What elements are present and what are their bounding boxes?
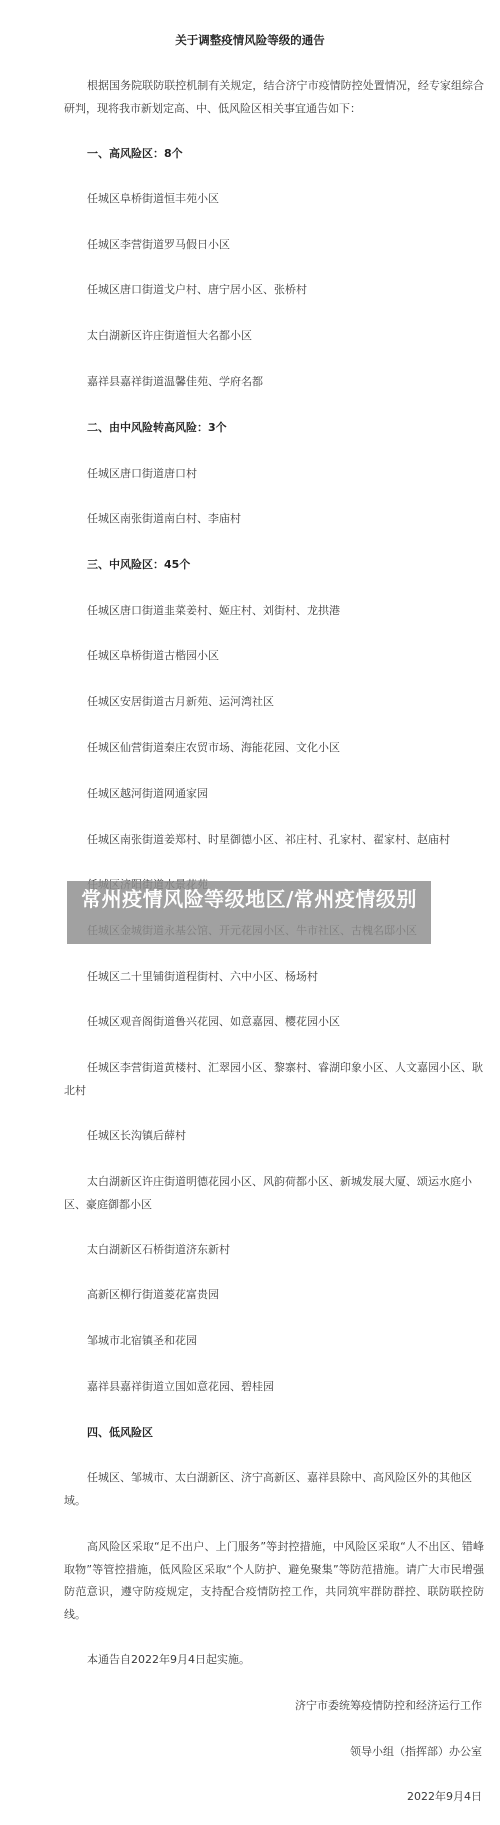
signature-issuer-line2: 领导小组（指挥部）办公室 — [350, 1743, 482, 1761]
list-item: 高新区柳行街道菱花富贵园 — [64, 1284, 484, 1307]
list-item: 任城区唐口街道唐口村 — [64, 463, 484, 486]
list-item: 任城区仙营街道秦庄农贸市场、海能花园、文化小区 — [64, 737, 484, 760]
document-title: 关于调整疫情风险等级的通告 — [0, 31, 500, 49]
list-item: 任城区越河街道网通家园 — [64, 783, 484, 806]
list-item: 邹城市北宿镇圣和花园 — [64, 1330, 484, 1353]
section-heading-low-risk: 四、低风险区 — [87, 1424, 153, 1442]
list-item: 太白湖新区石桥街道济东新村 — [64, 1239, 484, 1262]
list-item: 太白湖新区许庄街道恒大名都小区 — [64, 325, 484, 348]
overlay-title-banner: 常州疫情风险等级地区/常州疫情级别 — [67, 881, 431, 944]
overlay-title-text: 常州疫情风险等级地区/常州疫情级别 — [67, 887, 431, 912]
list-item: 任城区长沟镇后薛村 — [64, 1125, 484, 1148]
list-item: 太白湖新区许庄街道明德花园小区、风韵荷都小区、新城发展大厦、颂运水庭小区、豪庭御… — [64, 1171, 484, 1216]
section-heading-medium-risk: 三、中风险区：45个 — [87, 556, 190, 574]
list-item: 任城区唐口街道戈户村、唐宁居小区、张桥村 — [64, 279, 484, 302]
list-item: 嘉祥县嘉祥街道温馨佳苑、学府名都 — [64, 371, 484, 394]
section-heading-high-risk: 一、高风险区：8个 — [87, 145, 183, 163]
list-item: 任城区李营街道黄楼村、汇翠园小区、黎寨村、睿湖印象小区、人文嘉园小区、耿北村 — [64, 1057, 484, 1102]
list-item: 任城区阜桥街道恒丰苑小区 — [64, 188, 484, 211]
list-item: 任城区李营街道罗马假日小区 — [64, 234, 484, 257]
list-item: 任城区唐口街道韭菜姜村、姬庄村、刘街村、龙拱港 — [64, 600, 484, 623]
list-item: 任城区南张街道南白村、李庙村 — [64, 508, 484, 531]
section-heading-medium-to-high: 二、由中风险转高风险：3个 — [87, 419, 227, 437]
measures-paragraph: 高风险区采取“足不出户、上门服务”等封控措施，中风险区采取“人不出区、错峰取物”… — [64, 1536, 484, 1626]
effective-date-text: 本通告自2022年9月4日起实施。 — [64, 1649, 484, 1672]
list-item: 任城区二十里铺街道程街村、六中小区、杨场村 — [64, 966, 484, 989]
list-item: 任城区南张街道姜郑村、时星御德小区、祁庄村、孔家村、翟家村、赵庙村 — [64, 829, 484, 852]
list-item: 任城区、邹城市、太白湖新区、济宁高新区、嘉祥县除中、高风险区外的其他区域。 — [64, 1467, 484, 1512]
signature-date: 2022年9月4日 — [407, 1788, 482, 1806]
signature-issuer-line1: 济宁市委统筹疫情防控和经济运行工作 — [295, 1697, 482, 1715]
list-item: 任城区阜桥街道古楷园小区 — [64, 645, 484, 668]
list-item: 嘉祥县嘉祥街道立国如意花园、碧桂园 — [64, 1376, 484, 1399]
list-item: 任城区安居街道古月新苑、运河湾社区 — [64, 691, 484, 714]
intro-paragraph: 根据国务院联防联控机制有关规定，结合济宁市疫情防控处置情况，经专家组综合研判，现… — [64, 75, 484, 120]
list-item: 任城区观音阁街道鲁兴花园、如意嘉园、樱花园小区 — [64, 1011, 484, 1034]
